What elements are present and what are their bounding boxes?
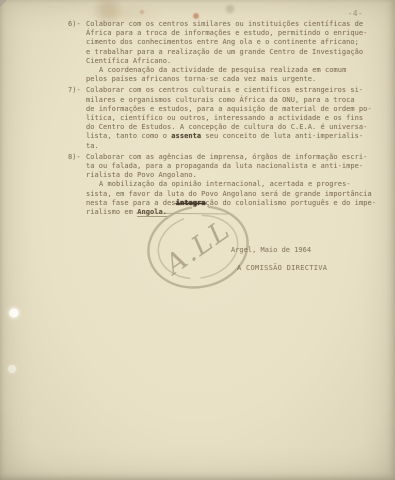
paragraph-marker: 6)- [68, 20, 81, 29]
stamp-text: A.LL [157, 214, 236, 282]
paragraph-text: Colaborar com os centros culturais e cie… [86, 86, 363, 94]
dateline: Argel, Maio de 1964 [231, 246, 311, 254]
paragraph-line: cimento dos conhecimentos entre Ang ola … [86, 38, 380, 47]
paragraph-line: lítica, científico ou outros, interessan… [86, 114, 380, 123]
punch-hole-icon [9, 308, 19, 318]
document-body: 6)-Colaborar com os centros similares ou… [86, 20, 380, 217]
signature-line: A COMISSÃO DIRECTIVA [237, 264, 327, 272]
paragraph-line: lista, tanto como o assenta seu conceito… [86, 132, 380, 141]
paragraph-text: seu conceito de luta anti-imperialis- [201, 132, 363, 140]
paragraph-line: África para a troca de informações e est… [86, 29, 380, 38]
paragraph-text: rialismo em [86, 208, 137, 216]
paragraph-text: Colaborar com as agências de imprensa, ó… [86, 153, 367, 161]
paragraph-line: milares e organismos culturais como Áfri… [86, 96, 380, 105]
paragraph-line: e trabalhar para a realização de um gran… [86, 48, 380, 57]
paragraph-line: ta ou falada, para a propaganda da luta … [86, 162, 380, 171]
scan-corner-notch [0, 0, 7, 7]
paragraph-line: de informações e estudos, para a aquisiç… [86, 105, 380, 114]
overstruck-word: assenta [171, 132, 201, 140]
paragraph-line: 8)-Colaborar com as agências de imprensa… [86, 153, 380, 162]
paragraph-text: Colaborar com os centros similares ou in… [86, 20, 363, 28]
paragraph-7: 7)-Colaborar com os centros culturais e … [86, 86, 380, 150]
paragraph-line: Científica Africano. [86, 57, 380, 66]
punch-hole-icon [8, 365, 16, 373]
document-page: -4- 6)-Colaborar com os centros similare… [0, 0, 395, 480]
paragraph-line: 6)-Colaborar com os centros similares ou… [86, 20, 380, 29]
page-number: -4- [348, 9, 363, 18]
paragraph-line: A mobilização da opinião internacional, … [86, 180, 380, 189]
paragraph-line: 7)-Colaborar com os centros culturais e … [86, 86, 380, 95]
paragraph-line: pelos países africanos torna-se cada vez… [86, 75, 380, 84]
paragraph-marker: 7)- [68, 86, 81, 95]
paragraph-line: A coordenação da actividade de pesquisa … [86, 66, 380, 75]
paragraph-text: lista, tanto como o [86, 132, 171, 140]
paragraph-marker: 8)- [68, 153, 81, 162]
paragraph-6: 6)-Colaborar com os centros similares ou… [86, 20, 380, 84]
paragraph-line: ta. [86, 142, 380, 151]
paragraph-line: rialista do Povo Angolano. [86, 171, 380, 180]
